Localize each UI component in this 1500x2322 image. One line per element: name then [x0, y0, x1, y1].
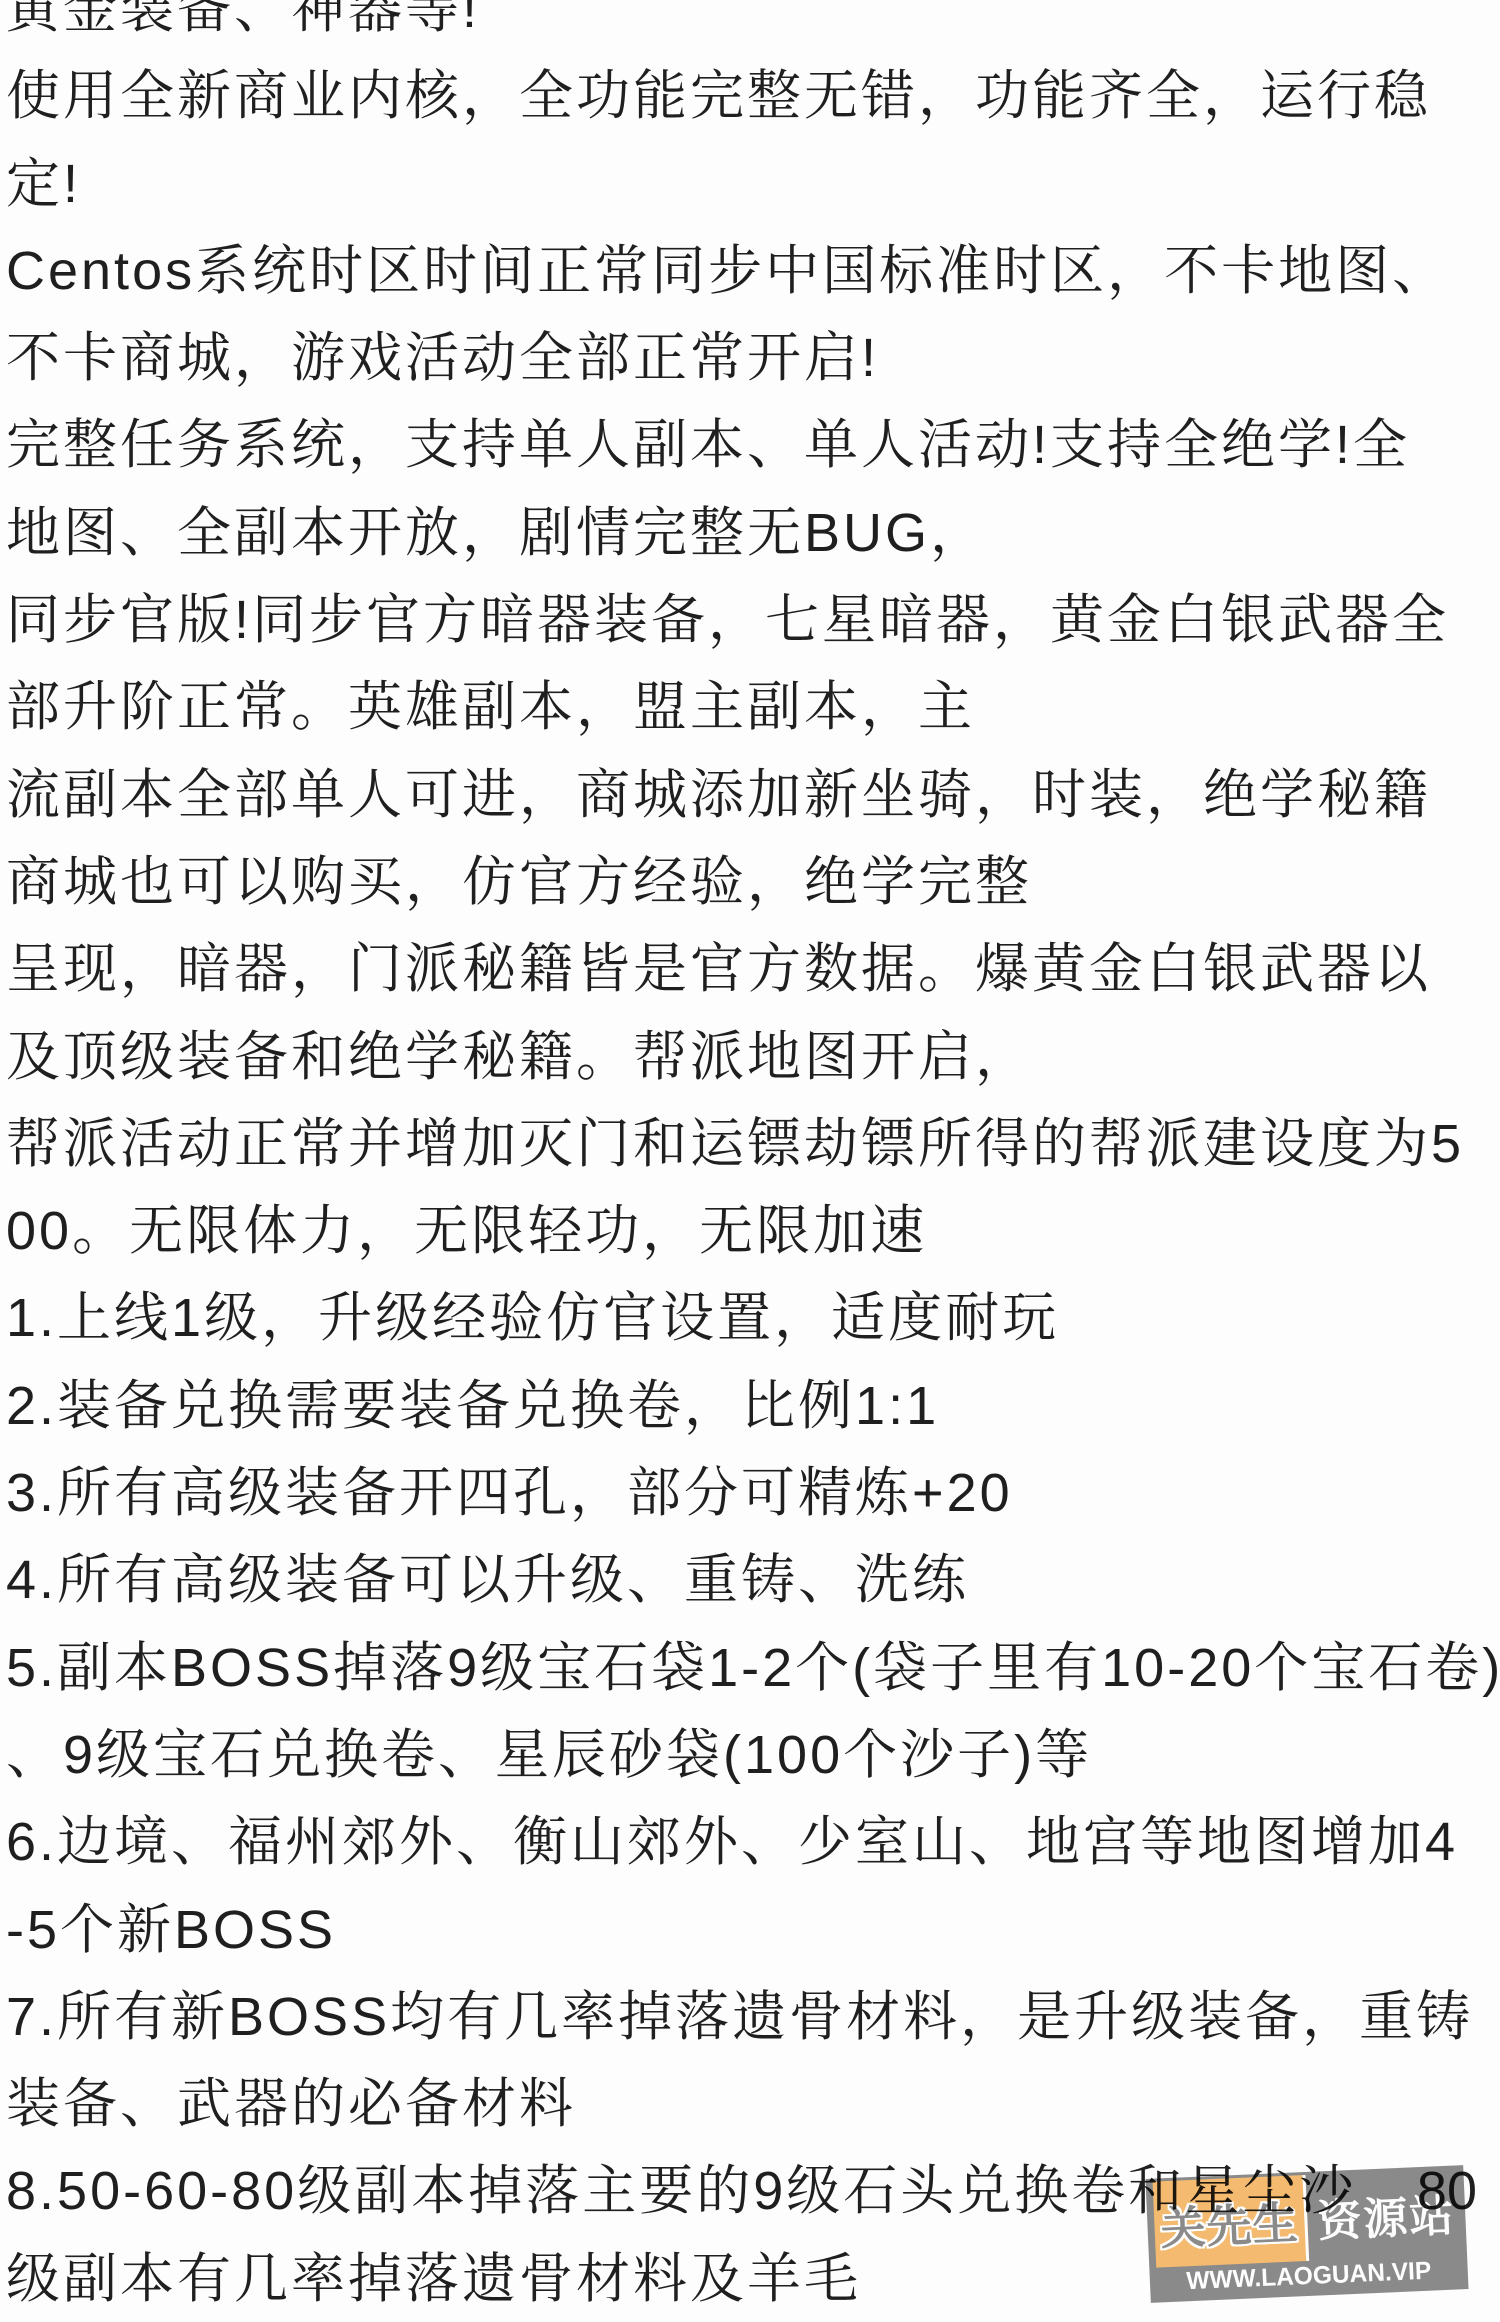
text-line-content: 流副本全部单人可进，商城添加新坐骑，时装，绝学秘籍: [6, 765, 1431, 825]
text-line: 地图、全副本开放，剧情完整无BUG，: [0, 490, 1500, 577]
text-line: -5个新BOSS: [0, 1887, 1500, 1974]
text-line-content: 定!: [6, 154, 81, 214]
watermark-suffix-label: 资源站: [1309, 2171, 1464, 2258]
text-line-content: 部升阶正常。英雄副本，盟主副本，主: [6, 677, 975, 737]
text-line-content: -5个新BOSS: [6, 1900, 336, 1960]
text-line-content: 使用全新商业内核，全功能完整无错，功能齐全，运行稳: [6, 66, 1431, 126]
text-line-content: 黄金装备、神器等!: [6, 0, 480, 39]
text-line-content: 5.副本BOSS掉落9级宝石袋1-2个(袋子里有10-20个宝石卷): [6, 1638, 1500, 1698]
text-line-content: 及顶级装备和绝学秘籍。帮派地图开启，: [6, 1027, 1032, 1087]
text-line: 使用全新商业内核，全功能完整无错，功能齐全，运行稳: [0, 53, 1500, 140]
watermark: 关先生 资源站 WWW.LAOGUAN.VIP: [1145, 2165, 1468, 2303]
text-line: 黄金装备、神器等!: [0, 0, 1500, 53]
text-line: 流副本全部单人可进，商城添加新坐骑，时装，绝学秘籍: [0, 752, 1500, 839]
text-line-content: 级副本有几率掉落遗骨材料及羊毛: [6, 2249, 861, 2309]
text-line-content: Centos系统时区时间正常同步中国标准时区，不卡地图、: [6, 241, 1449, 301]
text-line: 6.边境、福州郊外、衡山郊外、少室山、地宫等地图增加4: [0, 1799, 1500, 1886]
text-line-content: 地图、全副本开放，剧情完整无BUG，: [6, 503, 987, 563]
text-line: 部升阶正常。英雄副本，盟主副本，主: [0, 664, 1500, 751]
text-line: 不卡商城，游戏活动全部正常开启!: [0, 315, 1500, 402]
text-line: 、9级宝石兑换卷、星辰砂袋(100个沙子)等: [0, 1712, 1500, 1799]
text-line-content: 不卡商城，游戏活动全部正常开启!: [6, 328, 879, 388]
text-line: 7.所有新BOSS均有几率掉落遗骨材料，是升级装备，重铸: [0, 1974, 1500, 2061]
text-line: 定!: [0, 141, 1500, 228]
page: 黄金装备、神器等!使用全新商业内核，全功能完整无错，功能齐全，运行稳定!Cent…: [0, 0, 1500, 2322]
text-line-content: 呈现，暗器，门派秘籍皆是官方数据。爆黄金白银武器以: [6, 939, 1431, 999]
text-line-content: 完整任务系统，支持单人副本、单人活动!支持全绝学!全: [6, 415, 1410, 475]
text-line: 同步官版!同步官方暗器装备，七星暗器，黄金白银武器全: [0, 577, 1500, 664]
text-line: 5.副本BOSS掉落9级宝石袋1-2个(袋子里有10-20个宝石卷): [0, 1625, 1500, 1712]
text-line: 2.装备兑换需要装备兑换卷，比例1:1: [0, 1363, 1500, 1450]
text-line: 完整任务系统，支持单人副本、单人活动!支持全绝学!全: [0, 402, 1500, 489]
text-line: 3.所有高级装备开四孔，部分可精炼+20: [0, 1450, 1500, 1537]
text-line-content: 、9级宝石兑换卷、星辰砂袋(100个沙子)等: [6, 1725, 1092, 1785]
watermark-brand-label: 关先生: [1159, 2186, 1300, 2257]
text-line-content: 商城也可以购买，仿官方经验，绝学完整: [6, 852, 1032, 912]
text-line: 装备、武器的必备材料: [0, 2061, 1500, 2148]
text-line-content: 00。无限体力，无限轻功，无限加速: [6, 1201, 927, 1261]
text-line-content: 帮派活动正常并增加灭门和运镖劫镖所得的帮派建设度为5: [6, 1114, 1464, 1174]
text-line-content: 4.所有高级装备可以升级、重铸、洗练: [6, 1550, 969, 1610]
text-line-content: 7.所有新BOSS均有几率掉落遗骨材料，是升级装备，重铸: [6, 1987, 1473, 2047]
text-line-content: 2.装备兑换需要装备兑换卷，比例1:1: [6, 1376, 939, 1436]
text-line-content: 装备、武器的必备材料: [6, 2074, 576, 2134]
text-line: 1.上线1级，升级经验仿官设置，适度耐玩: [0, 1275, 1500, 1362]
text-line-content: 同步官版!同步官方暗器装备，七星暗器，黄金白银武器全: [6, 590, 1449, 650]
text-line-content: 6.边境、福州郊外、衡山郊外、少室山、地宫等地图增加4: [6, 1812, 1458, 1872]
text-line: 及顶级装备和绝学秘籍。帮派地图开启，: [0, 1014, 1500, 1101]
text-line: 帮派活动正常并增加灭门和运镖劫镖所得的帮派建设度为5: [0, 1101, 1500, 1188]
document-text: 黄金装备、神器等!使用全新商业内核，全功能完整无错，功能齐全，运行稳定!Cent…: [0, 0, 1500, 2322]
watermark-brand-box: 关先生: [1153, 2175, 1310, 2268]
text-line-content: 1.上线1级，升级经验仿官设置，适度耐玩: [6, 1288, 1059, 1348]
text-line: 商城也可以购买，仿官方经验，绝学完整: [0, 839, 1500, 926]
text-line: 呈现，暗器，门派秘籍皆是官方数据。爆黄金白银武器以: [0, 926, 1500, 1013]
text-line: Centos系统时区时间正常同步中国标准时区，不卡地图、: [0, 228, 1500, 315]
text-line: 00。无限体力，无限轻功，无限加速: [0, 1188, 1500, 1275]
text-line: 4.所有高级装备可以升级、重铸、洗练: [0, 1537, 1500, 1624]
text-line-content: 3.所有高级装备开四孔，部分可精炼+20: [6, 1463, 1013, 1523]
